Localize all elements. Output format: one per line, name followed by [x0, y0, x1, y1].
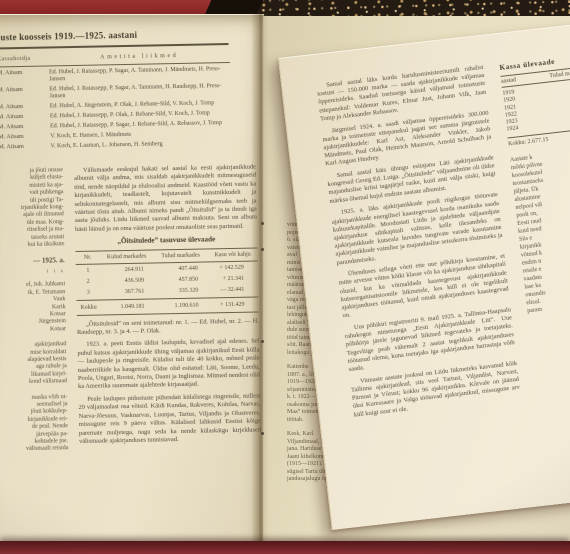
fragment-group-bottom: maska võib ni-seemalisel jajõuti kokkule… — [3, 394, 68, 454]
cell-kulud: 264.911 — [100, 266, 154, 275]
total-kulud: 1.049.181 — [101, 302, 155, 311]
kassa-table: aastad Tulud markades 1919 215.166 1920 … — [500, 64, 570, 147]
profit-table-body: 1 264.911 407.440 + 142.529 2 436.509 45… — [76, 264, 259, 297]
cell-nr: 2 — [76, 278, 100, 287]
text-fragment: välismaalt reisida — [4, 446, 68, 455]
members-cell: Ed. Hubel, A. Jürgenstein, P. Olak, J. R… — [50, 100, 231, 110]
stitch-dot — [261, 222, 264, 225]
header-year: aastad — [501, 75, 537, 85]
profit-table-title: „Õitsitulede” tasuvuse ülevaade — [75, 235, 257, 247]
heading-rule — [0, 43, 229, 49]
cell-tulud: 335.320 — [154, 286, 208, 295]
kassa-table-body: 1919 215.166 1920 108.301 1921 114.975 1… — [502, 79, 570, 134]
text-fragment: kui ka üksikute — [0, 241, 64, 250]
board-table-body: M. Aitsam Ed. Hubel, J. Ratassepp, P. Sa… — [0, 66, 232, 151]
board-table-row: M. Aitsam V. Koch, E. Laaman, L. Johanso… — [0, 140, 232, 151]
stitch-dot — [261, 248, 264, 251]
stitch-dot — [261, 340, 264, 343]
board-composition-table: Kassahoidja Ametita liikmed M. Aitsam Ed… — [0, 49, 232, 151]
profit-table-row: 3 367.761 335.320 — 32.441 — [76, 286, 258, 298]
header-tulud: Tulud markades — [154, 251, 208, 260]
year-subheading: — 1925. a. — [1, 258, 65, 267]
left-page-columns: ja jõuti otsuseküljelt elusta-misteti ka… — [0, 161, 272, 542]
board-table-row: M. Aitsam V. Koch, E. Hansen, J. Mändmet… — [0, 130, 231, 141]
profit-table-header: Nr. Kulud markades Tulud markades Kasu v… — [75, 247, 257, 265]
profit-table-row: 2 436.509 457.850 + 21.341 — [76, 275, 258, 287]
right-column-fragments: Aastate kmõtki põlvnekoosolekutelteostam… — [510, 137, 570, 315]
treasurer-cell: M. Aitsam — [0, 133, 50, 141]
treasurer-cell: M. Aitsam — [0, 86, 50, 101]
header-nr: Nr. — [76, 253, 100, 262]
total-tulud: 1.190.610 — [154, 301, 208, 310]
profit-table-total-row: Kokku 1.049.181 1.190.610 + 131.429 — [76, 297, 258, 316]
left-page-content: uste koosseis 1919.—1925. aastani Kassah… — [0, 11, 272, 546]
left-page: uste koosseis 1919.—1925. aastani Kassah… — [0, 14, 264, 545]
stitch-dot — [261, 432, 264, 435]
cell-kulud: 436.509 — [100, 277, 154, 286]
board-table-row: M. Aitsam Ed. Hubel, J. Ratassepp, P. Sa… — [0, 66, 230, 84]
members-cell: Ed. Hubel, J. Ratassepp, P. Sagar, A. Ta… — [49, 66, 230, 83]
members-cell: V. Koch, E. Hansen, J. Mändmets — [50, 130, 231, 140]
fragment-group-mid: ajakirjanikudmise korraldatialapäevad ke… — [2, 341, 67, 387]
cell-tulud: 457.850 — [154, 276, 208, 285]
total-label: Kokku — [77, 303, 101, 312]
paragraph-editors: „Õitsitulesid” on seni toimetanud: nr. 1… — [77, 317, 259, 337]
book-spine — [251, 14, 269, 542]
left-page-main-column: Välismaade eeskujul hakati sel aastal ka… — [65, 161, 272, 541]
col-members-header: Ametita liikmed — [49, 52, 230, 61]
header-income: Tulud markades — [537, 68, 570, 81]
fragment-group-names: el, Joh. Juhkamiik, E. TetsmannVaukKarik… — [1, 281, 66, 334]
members-cell: V. Koch, E. Laaman, L. Johanson, H. Semb… — [50, 140, 231, 150]
board-table-row: M. Aitsam Ed. Hubel, J. Ratassepp, P. Sa… — [0, 83, 231, 101]
treasurer-cell: M. Aitsam — [0, 123, 50, 131]
header-kulud: Kulud markades — [100, 252, 154, 261]
fragment-group-top: ja jõuti otsuseküljelt elusta-misteti ka… — [0, 167, 64, 250]
treasurer-cell: M. Aitsam — [0, 113, 50, 121]
paragraph-album: Välismaade eeskujul hakati sel aastal ka… — [74, 164, 257, 235]
cell-kulud: 367.761 — [100, 288, 154, 297]
left-column-fragments: ja jõuti otsuseküljelt elusta-misteti ka… — [0, 165, 72, 542]
table-surface-bottom — [0, 541, 570, 554]
board-table-row: M. Aitsam Ed. Hubel, A. Jürgenstein, P. … — [0, 100, 231, 111]
loose-page-content: Samal aastal läks korda haridusministeer… — [316, 37, 570, 424]
members-cell: Ed. Hubel, J. Ratassepp, P. Olak, J. Reb… — [50, 110, 231, 120]
cell-tulud: 407.440 — [154, 265, 208, 274]
board-table-row: M. Aitsam Ed. Hubel, J. Ratassepp, P. Sa… — [0, 120, 231, 131]
book-photo: uste koosseis 1919.—1925. aastani Kassah… — [0, 0, 570, 554]
subnote-fragment: i i s — [1, 268, 65, 277]
kassa-table-title: Kassa ülevaade — [499, 45, 570, 72]
board-table-row: M. Aitsam Ed. Hubel, J. Ratassepp, P. Ol… — [0, 110, 231, 121]
board-table-header: Kassahoidja Ametita liikmed — [0, 49, 230, 67]
paragraph-song-festival: 1923. a. peeti Eestis üldist laulupidu, … — [77, 338, 260, 392]
col-treasurer-header: Kassahoidja — [0, 55, 49, 62]
cell-nr: 3 — [76, 289, 100, 298]
profit-table-row: 1 264.911 407.440 + 142.529 — [76, 264, 258, 276]
treasurer-cell: M. Aitsam — [0, 70, 49, 85]
members-cell: Ed. Hubel, J. Ratassepp, P. Sagar, A. Ta… — [49, 83, 230, 100]
profit-table: Nr. Kulud markades Tulud markades Kasu v… — [75, 247, 258, 315]
cell-nr: 1 — [76, 267, 100, 276]
text-fragment: kond välismaad — [3, 378, 67, 387]
page-heading: uste koosseis 1919.—1925. aastani — [0, 30, 137, 43]
paragraph-tour: Peale laulupeo pidustuste pühendati küla… — [78, 392, 261, 446]
treasurer-cell: M. Aitsam — [0, 103, 50, 111]
members-cell: Ed. Hubel, J. Ratassepp, P. Sagar, J. Re… — [50, 120, 231, 130]
treasurer-cell: M. Aitsam — [0, 143, 51, 151]
